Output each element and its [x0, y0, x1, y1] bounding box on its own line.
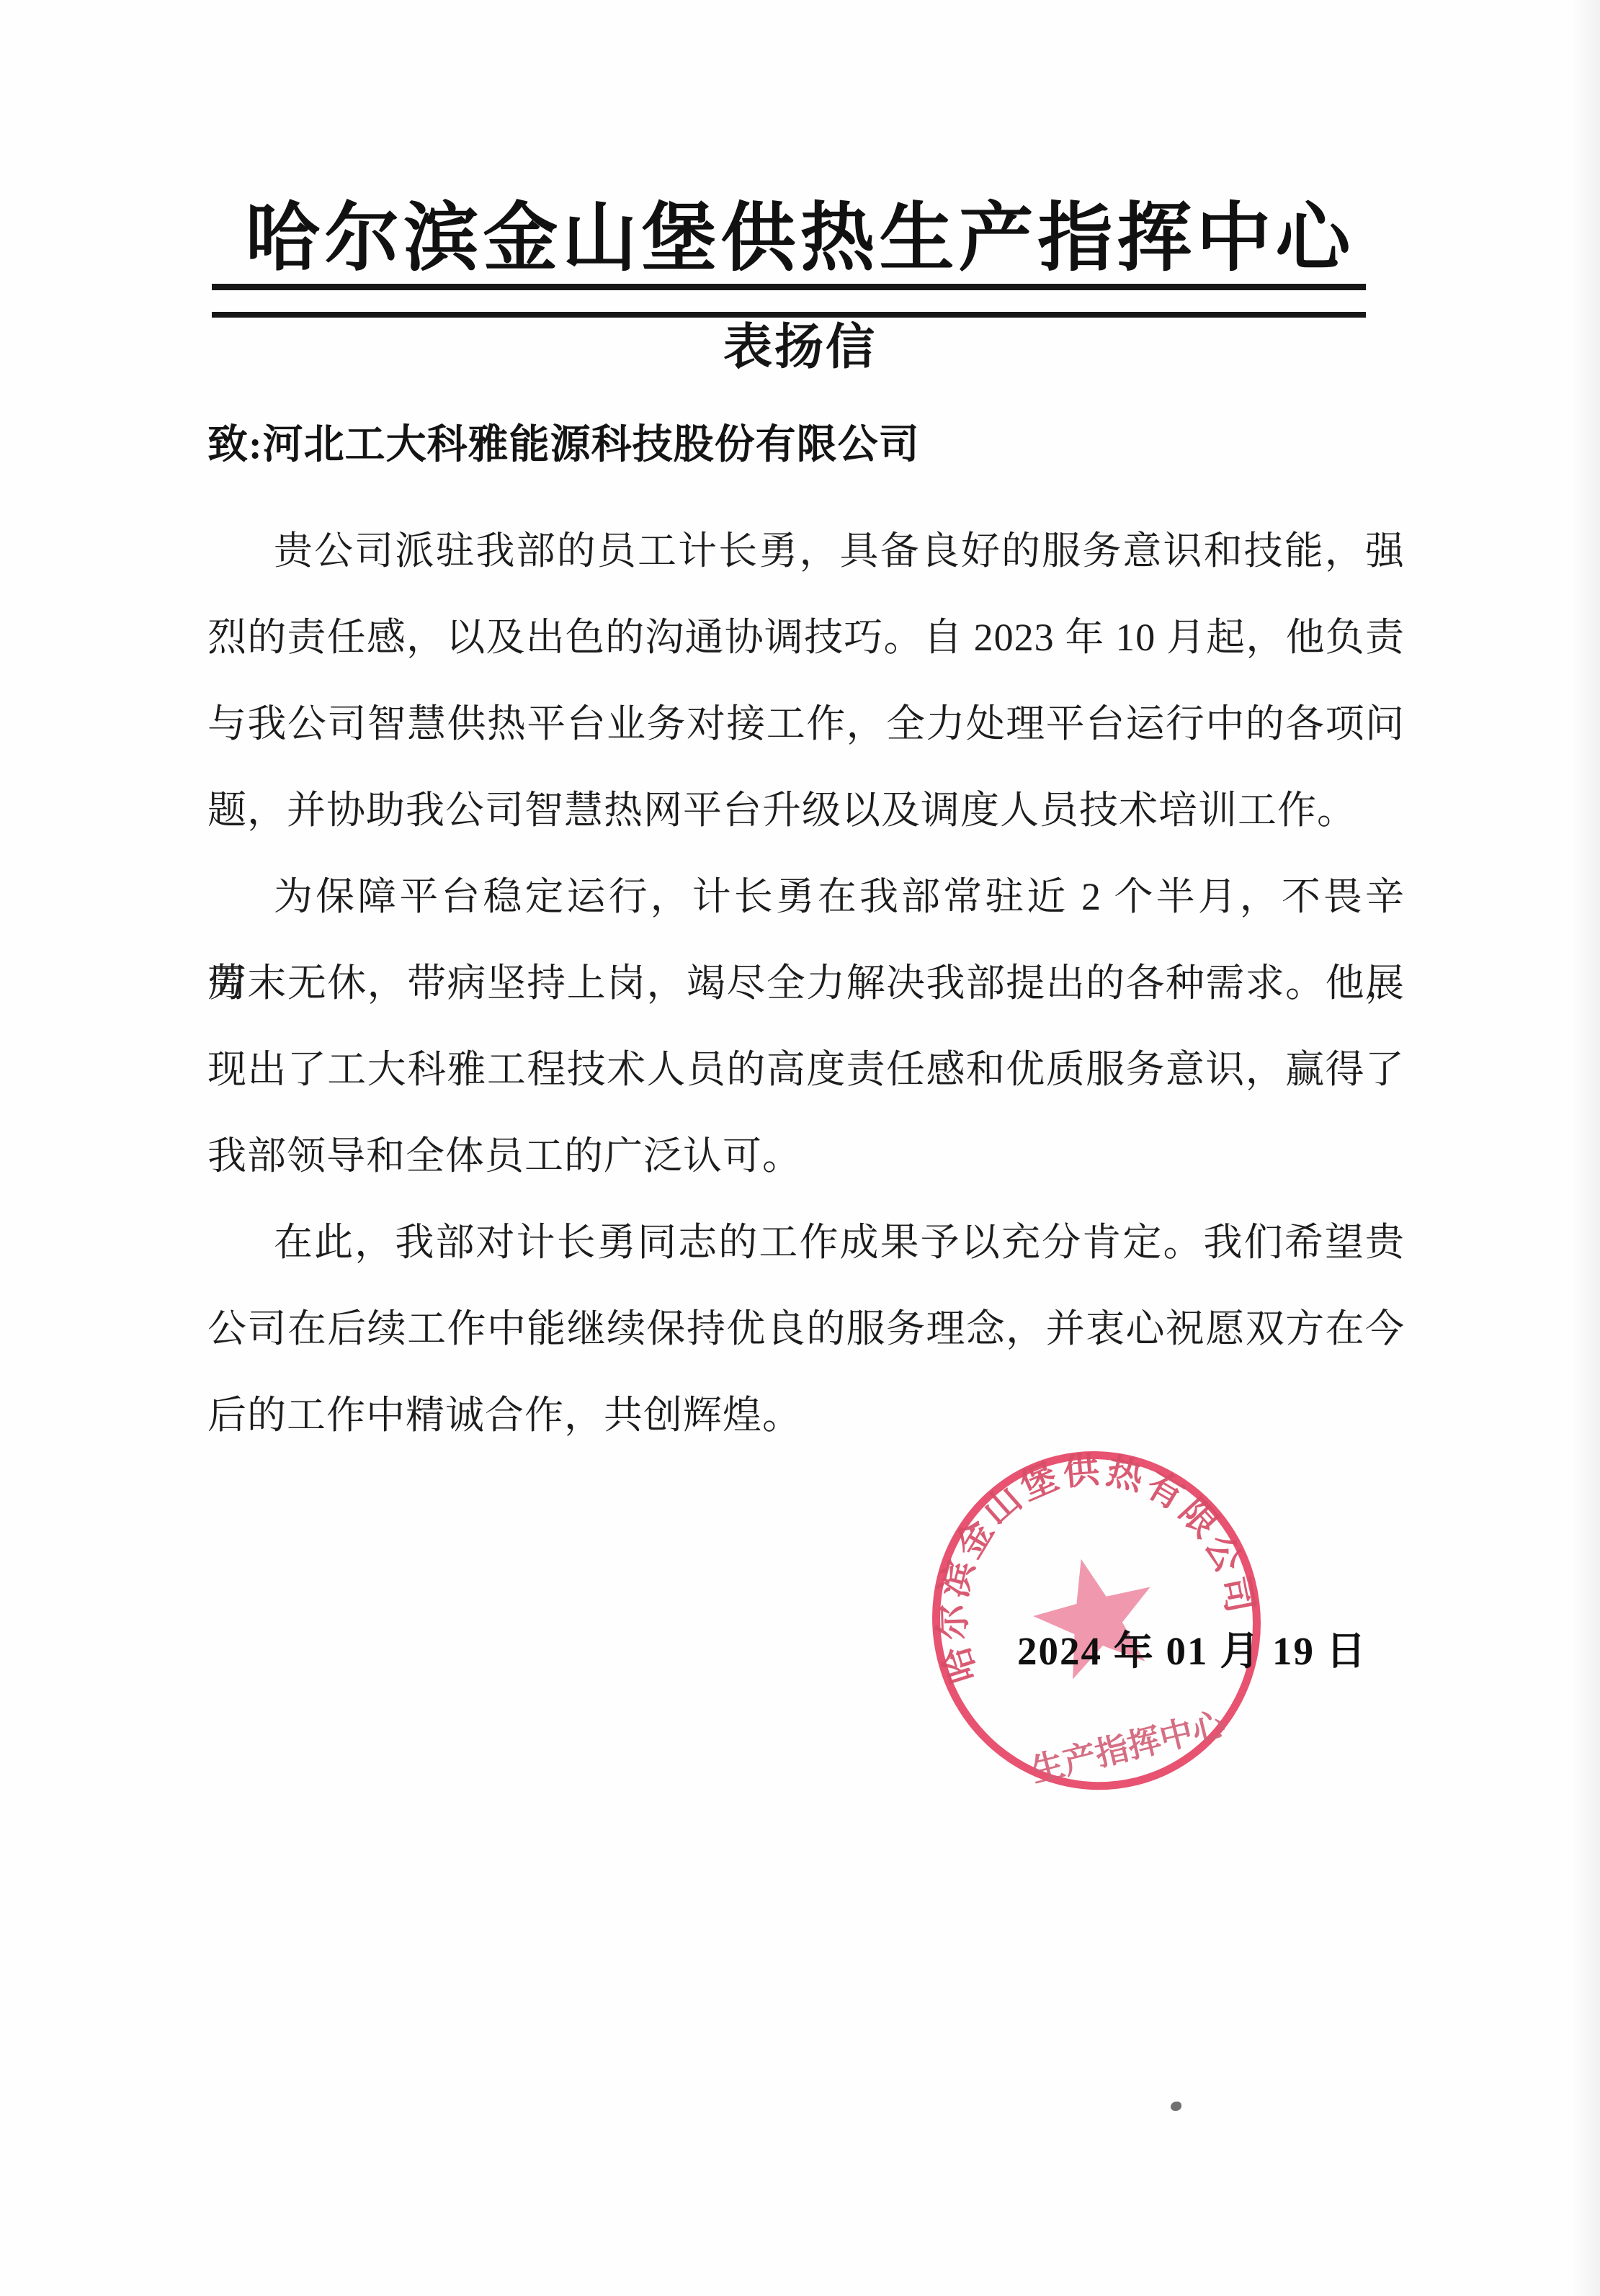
body-line: 与我公司智慧供热平台业务对接工作，全力处理平台运行中的各项问	[207, 681, 1405, 767]
letterhead-inner: 哈尔滨金山堡供热生产指挥中心	[245, 196, 1354, 318]
body-line: 贵公司派驻我部的员工计长勇，具备良好的服务意识和技能，强	[207, 508, 1405, 594]
body-line: 周末无休，带病坚持上岗，竭尽全力解决我部提出的各种需求。他展	[207, 940, 1405, 1026]
body-line: 公司在后续工作中能继续保持优良的服务理念，并衷心祝愿双方在今	[207, 1286, 1405, 1372]
body-line: 为保障平台稳定运行，计长勇在我部常驻近 2 个半月，不畏辛劳，	[207, 853, 1405, 940]
body-line: 在此，我部对计长勇同志的工作成果予以充分肯定。我们希望贵	[207, 1199, 1405, 1286]
organization-title: 哈尔滨金山堡供热生产指挥中心	[245, 196, 1354, 282]
scan-speck	[1171, 2102, 1181, 2111]
body-line: 题，并协助我公司智慧热网平台升级以及调度人员技术培训工作。	[207, 767, 1405, 853]
letter-body: 贵公司派驻我部的员工计长勇，具备良好的服务意识和技能，强 烈的责任感，以及出色的…	[207, 508, 1405, 1458]
letter-date: 2024 年 01 月 19 日	[1017, 1619, 1367, 1676]
recipient-line: 致:河北工大科雅能源科技股份有限公司	[207, 416, 1407, 474]
letter-subtitle: 表扬信	[0, 308, 1600, 378]
body-line: 烈的责任感，以及出色的沟通协调技巧。自 2023 年 10 月起，他负责	[207, 594, 1405, 681]
commendation-letter-page: 哈尔滨金山堡供热生产指挥中心 表扬信 致:河北工大科雅能源科技股份有限公司 贵公…	[0, 0, 1600, 2296]
seal-bottom-text: 生产指挥中心	[1027, 1705, 1230, 1790]
letterhead: 哈尔滨金山堡供热生产指挥中心	[0, 196, 1600, 318]
body-line: 现出了工大科雅工程技术人员的高度责任感和优质服务意识，赢得了	[207, 1026, 1405, 1113]
body-line: 我部领导和全体员工的广泛认可。	[207, 1113, 1405, 1199]
